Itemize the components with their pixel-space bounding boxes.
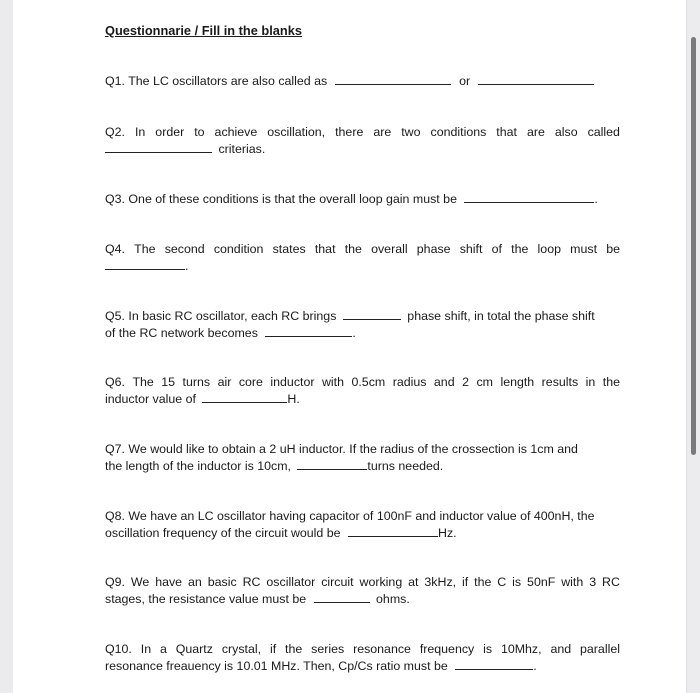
question-word: length (500, 374, 534, 391)
question-word: with (322, 374, 344, 391)
question-word: inductor (270, 374, 314, 391)
question-word: In (135, 124, 145, 141)
question-word: the (511, 241, 528, 258)
question-word: states (273, 241, 306, 258)
question-word: core (239, 374, 263, 391)
question-word: Quartz (176, 641, 213, 658)
question-text: inductor value of (105, 392, 196, 406)
answer-blank (335, 73, 451, 85)
question-word: basic (208, 574, 237, 591)
question-text: or (459, 74, 470, 88)
question-word: radius (393, 374, 427, 391)
question-word: and (550, 641, 571, 658)
question-word: that (315, 241, 336, 258)
answer-blank (297, 458, 367, 470)
question-word: 3kHz, (424, 574, 456, 591)
question-line: Q10.InaQuartzcrystal,iftheseriesresonanc… (105, 641, 620, 658)
question-text: . (594, 192, 597, 206)
document-viewer: Questionnarie / Fill in the blanks Q1. T… (0, 0, 700, 693)
question-word: C (497, 574, 506, 591)
question-line: Q6.The15turnsaircoreinductorwith0.5cmrad… (105, 374, 620, 391)
answer-blank (265, 325, 352, 337)
question-word: working (360, 574, 403, 591)
question-text: Q8. We have an LC oscillator having capa… (105, 508, 620, 525)
question-word: second (165, 241, 205, 258)
question-word: 3 (589, 574, 596, 591)
question-word: circuit (321, 574, 353, 591)
question-word: 50nF (527, 574, 555, 591)
question-text: phase shift, in total the phase shift (407, 309, 594, 323)
vertical-scrollbar[interactable] (686, 0, 700, 693)
question-text: . (352, 326, 355, 340)
question-word: condition (214, 241, 264, 258)
question-word: oscillation, (267, 124, 325, 141)
question-word: are (527, 124, 545, 141)
question-text: Q1. The LC oscillators are also called a… (105, 74, 327, 88)
answer-blank (202, 391, 287, 403)
question-word: are (373, 124, 391, 141)
answer-blank (105, 258, 185, 270)
document-page: Questionnarie / Fill in the blanks Q1. T… (13, 0, 686, 693)
question-3: Q3. One of these conditions is that the … (105, 191, 620, 208)
question-word: We (131, 574, 149, 591)
question-word: crystal, (222, 641, 261, 658)
question-word: the (285, 641, 302, 658)
answer-blank (343, 308, 401, 320)
question-word: two (401, 124, 420, 141)
question-6: Q6.The15turnsaircoreinductorwith0.5cmrad… (105, 374, 620, 407)
question-word: and (434, 374, 455, 391)
question-2: Q2.Inordertoachieveoscillation,therearet… (105, 124, 620, 157)
question-word: in (586, 374, 596, 391)
question-4: Q4.Thesecondconditionstatesthattheoveral… (105, 241, 620, 274)
question-text: ohms. (376, 592, 410, 606)
question-text: resonance freauency is 10.01 MHz. Then, … (105, 659, 448, 673)
question-line: Q9.WehaveanbasicRCoscillatorcircuitworki… (105, 574, 620, 591)
question-text: Q7. We would like to obtain a 2 uH induc… (105, 441, 620, 458)
question-word: Q10. (105, 641, 132, 658)
answer-blank (105, 141, 212, 153)
answer-blank (314, 591, 370, 603)
question-word: the (345, 241, 362, 258)
question-word: resonance (353, 641, 411, 658)
question-word: a (160, 641, 167, 658)
question-9: Q9.WehaveanbasicRCoscillatorcircuitworki… (105, 574, 620, 607)
question-word: loop (538, 241, 561, 258)
question-line: Q2.Inordertoachieveoscillation,therearet… (105, 124, 620, 141)
question-text: the length of the inductor is 10cm, (105, 459, 291, 473)
question-word: is (483, 641, 492, 658)
question-word: order (155, 124, 184, 141)
question-word: 0.5cm (351, 374, 385, 391)
question-word: turns (183, 374, 211, 391)
question-word: 15 (161, 374, 175, 391)
question-word: that (496, 124, 517, 141)
question-word: Q9. (105, 574, 125, 591)
question-word: with (561, 574, 583, 591)
question-text: stages, the resistance value must be (105, 592, 306, 606)
question-text: . (533, 659, 536, 673)
answer-blank (455, 658, 533, 670)
question-word: The (132, 374, 153, 391)
question-text: criterias. (218, 142, 265, 156)
question-word: Q4. (105, 241, 125, 258)
question-word: shift (460, 241, 483, 258)
question-7: Q7. We would like to obtain a 2 uH induc… (105, 441, 620, 474)
question-word: an (188, 574, 202, 591)
question-word: overall (371, 241, 408, 258)
question-word: air (218, 374, 232, 391)
question-text: Q3. One of these conditions is that the … (105, 192, 457, 206)
question-5: Q5. In basic RC oscillator, each RC brin… (105, 308, 620, 341)
question-word: frequency (420, 641, 474, 658)
question-word: achieve (215, 124, 258, 141)
question-text: Hz. (438, 526, 457, 540)
question-text: oscillation frequency of the circuit wou… (105, 526, 341, 540)
question-word: to (194, 124, 204, 141)
question-word: cm (476, 374, 493, 391)
scrollbar-thumb[interactable] (691, 37, 696, 455)
question-word: In (141, 641, 151, 658)
question-word: of (492, 241, 502, 258)
question-word: results (542, 374, 579, 391)
question-word: phase (417, 241, 451, 258)
question-text: Q5. In basic RC oscillator, each RC brin… (105, 309, 336, 323)
question-word: called (588, 124, 620, 141)
document-title: Questionnarie / Fill in the blanks (105, 23, 302, 40)
question-word: if (270, 641, 276, 658)
question-text: of the RC network becomes (105, 326, 258, 340)
question-word: must (570, 241, 597, 258)
question-word: parallel (580, 641, 620, 658)
question-8: Q8. We have an LC oscillator having capa… (105, 508, 620, 541)
answer-blank (348, 525, 438, 537)
question-word: have (155, 574, 182, 591)
question-text: H. (287, 392, 299, 406)
question-word: Q6. (105, 374, 125, 391)
answer-blank (478, 73, 594, 85)
question-word: the (474, 574, 491, 591)
question-text: turns needed. (367, 459, 443, 473)
question-word: there (335, 124, 363, 141)
question-word: Q2. (105, 124, 125, 141)
question-word: RC (602, 574, 620, 591)
question-word: also (555, 124, 578, 141)
question-word: the (603, 374, 620, 391)
question-word: is (512, 574, 521, 591)
question-word: conditions (431, 124, 487, 141)
question-word: at (408, 574, 418, 591)
question-10: Q10.InaQuartzcrystal,iftheseriesresonanc… (105, 641, 620, 674)
question-line: Q4.Thesecondconditionstatesthattheoveral… (105, 241, 620, 258)
answer-blank (464, 191, 594, 203)
question-word: The (134, 241, 155, 258)
question-word: 10Mhz, (501, 641, 542, 658)
question-text: . (185, 259, 188, 273)
question-word: if (462, 574, 468, 591)
question-word: be (606, 241, 620, 258)
question-1: Q1. The LC oscillators are also called a… (105, 73, 620, 90)
question-word: RC (243, 574, 261, 591)
question-word: oscillator (266, 574, 315, 591)
question-word: series (311, 641, 344, 658)
question-word: 2 (462, 374, 469, 391)
